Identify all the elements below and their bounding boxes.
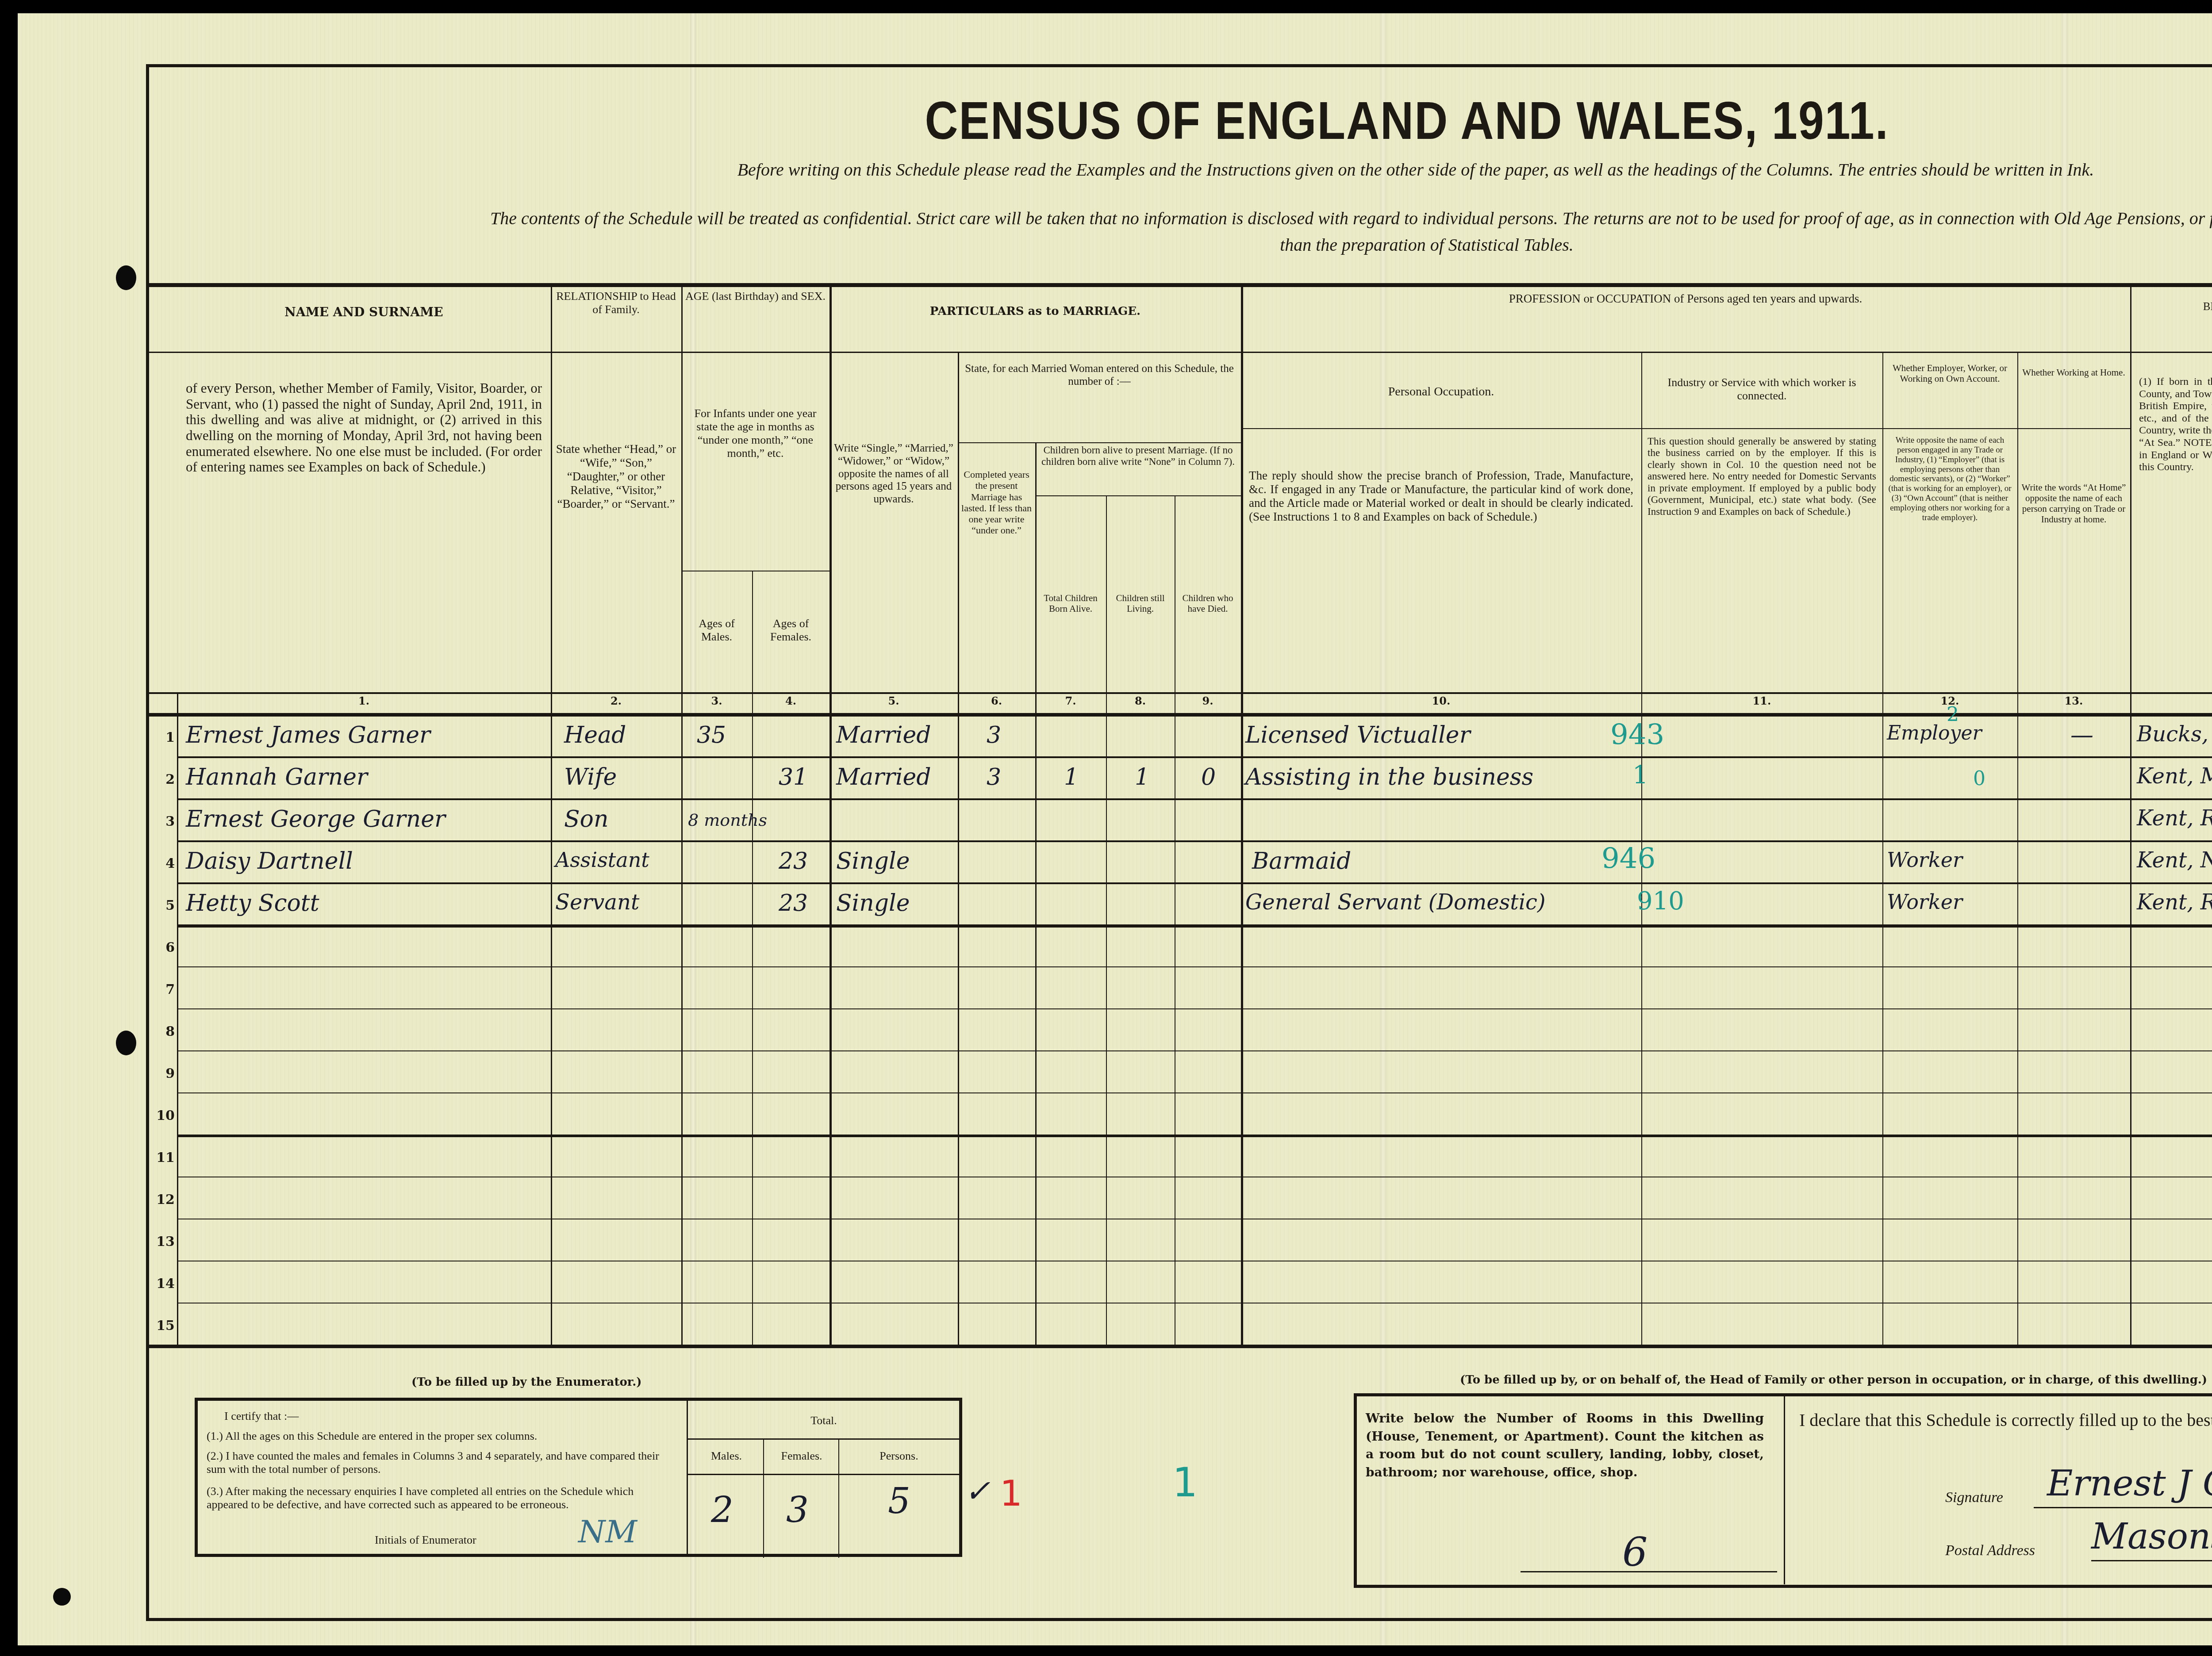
col-number: 9. [1175, 694, 1241, 711]
row-number: 14 [153, 1276, 175, 1292]
col2-heading: RELATIONSHIP to Head of Family. [551, 290, 681, 316]
row-line [177, 756, 2212, 758]
table-row-occupation[interactable]: Barmaid [1252, 848, 1351, 874]
confidential-line: The contents of the Schedule will be tre… [177, 208, 2212, 229]
table-row-marital[interactable]: Single [836, 848, 910, 874]
col-number: 5. [829, 694, 958, 711]
age-sub-divider [681, 571, 829, 571]
table-row-occ-code: 943 [1610, 719, 1664, 751]
col-number: 14. [2130, 694, 2212, 711]
initials-label: Initials of Enumerator [375, 1533, 476, 1547]
address-value[interactable]: Masons Arms Rochester [2091, 1516, 2212, 1557]
table-top-border [146, 283, 2212, 287]
table-row-born-alive[interactable]: 1 [1064, 764, 1079, 790]
totals-line [688, 1474, 960, 1475]
row-line [177, 1219, 2212, 1219]
table-row-employer-status[interactable]: Worker [1887, 890, 1962, 914]
col6-heading: State, for each Married Woman entered on… [958, 363, 1241, 388]
col-number: 11. [1641, 694, 1882, 711]
row-number: 10 [153, 1108, 175, 1123]
row-number: 7 [153, 982, 175, 997]
row-number: 15 [153, 1318, 175, 1334]
table-row-emp-code: 2 [1947, 703, 1959, 726]
table-row-years-married[interactable]: 3 [987, 722, 1001, 748]
certify-item-2: (2.) I have counted the males and female… [207, 1449, 676, 1476]
col-number: 2. [551, 694, 681, 711]
totals-divider [687, 1401, 688, 1556]
table-row-relationship[interactable]: Son [564, 806, 608, 832]
females-label: Females. [764, 1449, 839, 1463]
address-underline [2091, 1560, 2212, 1561]
persons-total[interactable]: 5 [888, 1480, 910, 1522]
table-row-relationship[interactable]: Servant [555, 890, 639, 915]
col1-heading: NAME AND SURNAME [177, 305, 551, 319]
col-line [1106, 495, 1107, 1347]
row-line [177, 840, 2212, 842]
col10-instructions: The reply should show the precise branch… [1241, 469, 1641, 524]
row-number: 1 [153, 730, 175, 745]
row-line [177, 882, 2212, 884]
row-line [177, 1135, 2212, 1137]
page-title: CENSUS OF ENGLAND AND WALES, 1911. [867, 91, 1947, 152]
col11-instructions: This question should generally be answer… [1641, 436, 1882, 517]
row-number: 6 [153, 940, 175, 955]
certify-heading: I certify that :— [224, 1410, 299, 1423]
table-row-birthplace[interactable]: Kent, Rochester [2137, 890, 2212, 915]
children-sub-divider [1035, 495, 1241, 496]
initials-value[interactable]: NM [578, 1514, 637, 1550]
table-row-occupation[interactable]: Licensed Victualler [1245, 722, 1471, 748]
totals-line [688, 1438, 960, 1440]
check-mark-icon: ✓ [964, 1473, 991, 1509]
enumerator-box: I certify that :— (1.) All the ages on t… [195, 1398, 962, 1557]
row-number: 11 [153, 1150, 175, 1165]
rooms-instruction: Write below the Number of Rooms in this … [1366, 1410, 1764, 1481]
table-row-occupation[interactable]: Assisting in the business [1245, 764, 1533, 790]
col-number: 3. [681, 694, 752, 711]
profession-heading: PROFESSION or OCCUPATION of Persons aged… [1241, 292, 2130, 306]
col3-instructions: For Infants under one year state the age… [681, 407, 829, 460]
row-line [177, 1092, 2212, 1093]
row-line [177, 1008, 2212, 1009]
col-number: 4. [752, 694, 829, 711]
row-number: 5 [153, 898, 175, 913]
table-row-name[interactable]: Hetty Scott [186, 890, 319, 916]
table-row-living[interactable]: 1 [1135, 764, 1149, 790]
rooms-underline [1521, 1571, 1777, 1572]
table-row-at-home[interactable]: — [2070, 722, 2093, 748]
table-row-relationship[interactable]: Assistant [555, 848, 649, 872]
table-row-age-female[interactable]: 23 [779, 890, 808, 916]
col-line [1175, 495, 1175, 1347]
table-row-emp-code: 0 [1973, 767, 1985, 790]
table-row-employer-status[interactable]: Worker [1887, 848, 1962, 872]
col6-instructions: Completed years the present Marriage has… [958, 469, 1035, 536]
col1-instructions: of every Person, whether Member of Famil… [177, 380, 551, 475]
table-row-age-female[interactable]: 23 [779, 848, 808, 874]
punch-hole [116, 265, 136, 290]
header-divider [146, 352, 2212, 353]
instruction-line: Before writing on this Schedule please r… [487, 159, 2212, 180]
table-row-name[interactable]: Daisy Dartnell [186, 848, 353, 874]
signature-underline [2034, 1507, 2212, 1508]
data-top [146, 713, 2212, 717]
persons-label: Persons. [839, 1449, 959, 1463]
col-number: 1. [177, 694, 551, 711]
col-number: 8. [1106, 694, 1175, 711]
col2-instructions: State whether “Head,” or “Wife,” “Son,” … [551, 442, 681, 511]
rooms-value[interactable]: 6 [1622, 1529, 1647, 1575]
col13-instructions: Write the words “At Home” opposite the n… [2017, 482, 2130, 525]
males-label: Males. [689, 1449, 764, 1463]
col10-sub: Personal Occupation. [1241, 385, 1641, 399]
signature-value[interactable]: Ernest J Garner [2047, 1463, 2212, 1504]
table-row-age-male[interactable]: 8 months [688, 810, 767, 830]
table-bottom [146, 1345, 2212, 1348]
table-row-died[interactable]: 0 [1201, 764, 1216, 790]
row-line [177, 966, 2212, 967]
row-number: 3 [153, 814, 175, 829]
col-number: 10. [1241, 694, 1641, 711]
col8-instructions: Children still Living. [1106, 593, 1175, 614]
table-row-occ-code: 946 [1601, 843, 1655, 875]
table-row-age-female[interactable]: 31 [779, 764, 808, 790]
col3-sub: Ages of Males. [681, 617, 752, 644]
col9-instructions: Children who have Died. [1175, 593, 1241, 614]
householder-caption: (To be filled up by, or on behalf of, th… [1460, 1373, 2207, 1387]
col-number: 6. [958, 694, 1035, 711]
table-row-relationship[interactable]: Wife [564, 764, 617, 790]
table-row-birthplace[interactable]: Kent, Rochester [2137, 806, 2212, 831]
col3-heading: AGE (last Birthday) and SEX. [681, 290, 829, 303]
table-row-employer-status[interactable]: Employer [1887, 722, 1982, 744]
table-row-marital[interactable]: Single [836, 890, 910, 916]
row-number: 8 [153, 1024, 175, 1039]
table-row-occupation[interactable]: General Servant (Domestic) [1245, 890, 1546, 915]
col5-instructions: Write “Single,” “Married,” “Widower,” or… [829, 442, 958, 506]
row-line [177, 1177, 2212, 1177]
red-tally-mark: 1 [1000, 1473, 1022, 1514]
row-line [177, 1261, 2212, 1261]
col-number: 7. [1035, 694, 1106, 711]
table-row-marital[interactable]: Married [836, 722, 931, 748]
col-line [1035, 442, 1037, 1347]
declaration-text: I declare that this Schedule is correctl… [1799, 1410, 2212, 1430]
row-line [177, 1050, 2212, 1051]
certify-item-1: (1.) All the ages on this Schedule are e… [207, 1430, 676, 1443]
col12-sub: Whether Employer, Worker, or Working on … [1882, 363, 2017, 384]
table-row-name[interactable]: Ernest James Garner [186, 722, 430, 748]
table-row-marital[interactable]: Married [836, 764, 931, 790]
col5-heading: PARTICULARS as to MARRIAGE. [829, 305, 1241, 318]
confidential-line-2: than the preparation of Statistical Tabl… [177, 234, 2212, 255]
table-row-name[interactable]: Hannah Garner [186, 764, 368, 790]
table-row-occ-code: 910 [1637, 887, 1684, 916]
col-line [752, 571, 753, 1347]
table-row-birthplace[interactable]: Bucks, North marston [2137, 722, 2212, 747]
row-number: 2 [153, 772, 175, 787]
table-row-name[interactable]: Ernest George Garner [186, 806, 445, 832]
col-line [177, 692, 178, 1347]
col4-sub: Ages of Females. [752, 617, 829, 644]
table-row-birthplace[interactable]: Kent, Northfleet [2137, 848, 2212, 873]
occupation-sub-divider [1241, 428, 2130, 429]
punch-hole [116, 1031, 136, 1055]
row-number: 9 [153, 1066, 175, 1081]
row-number: 13 [153, 1234, 175, 1250]
col14-heading: BIRTHPLACE of every person. [2130, 301, 2212, 314]
row-number: 12 [153, 1192, 175, 1207]
col13-sub: Whether Working at Home. [2017, 367, 2130, 378]
marriage-sub-divider [958, 442, 1241, 443]
col-number: 13. [2017, 694, 2130, 711]
table-row-age-male[interactable]: 35 [697, 722, 726, 748]
row-line [177, 1303, 2212, 1303]
females-total[interactable]: 3 [786, 1489, 809, 1530]
col7-heading: Children born alive to present Marriage.… [1035, 445, 1241, 468]
teal-tally-mark: 1 [1172, 1460, 1198, 1506]
col14-instructions: (1) If born in the United Kingdom, write… [2130, 376, 2212, 474]
table-row-relationship[interactable]: Head [564, 722, 626, 748]
householder-box: Write below the Number of Rooms in this … [1354, 1393, 2212, 1588]
enumerator-caption: (To be filled up by the Enumerator.) [411, 1376, 641, 1389]
row-line [177, 798, 2212, 800]
householder-divider [1784, 1396, 1785, 1584]
table-row-years-married[interactable]: 3 [987, 764, 1001, 790]
table-row-birthplace[interactable]: Kent, Minster in Sheppy [2137, 764, 2212, 789]
row-number: 4 [153, 856, 175, 871]
col7-instructions: Total Children Born Alive. [1035, 593, 1106, 614]
address-label: Postal Address [1945, 1542, 2035, 1559]
header-bottom [146, 692, 2212, 694]
col11-sub: Industry or Service with which worker is… [1641, 376, 1882, 402]
certify-item-3: (3.) After making the necessary enquirie… [207, 1485, 676, 1511]
males-total[interactable]: 2 [711, 1489, 733, 1530]
total-label: Total. [689, 1414, 959, 1427]
totals-col-line [763, 1438, 764, 1558]
table-row-occ-code: 1 [1632, 761, 1648, 790]
row-line [177, 924, 2212, 928]
totals-col-line [838, 1438, 839, 1558]
signature-label: Signature [1945, 1489, 2003, 1506]
punch-hole [53, 1588, 71, 1606]
col12-instructions: Write opposite the name of each person e… [1882, 436, 2017, 523]
col-line [1241, 283, 1243, 1347]
